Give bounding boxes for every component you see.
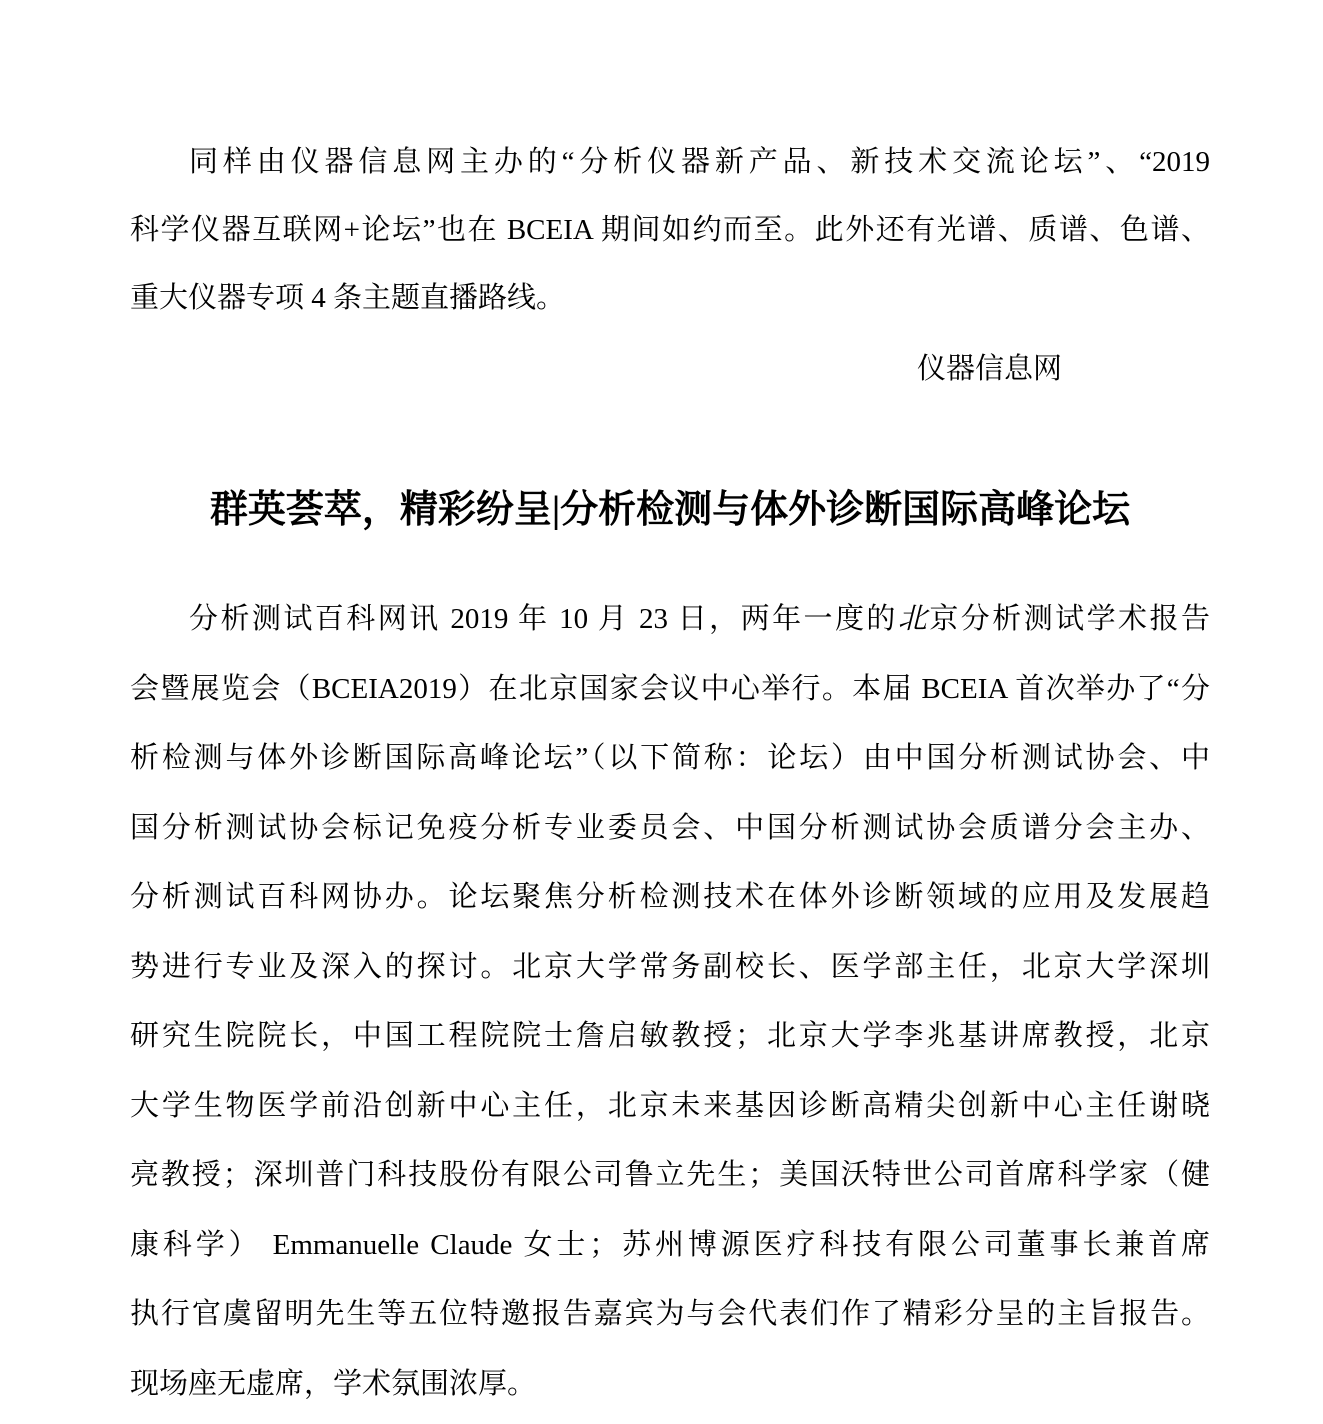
text-segment: 分析测试百科网讯 2019 年 10 月 23 日，两年一度的 [189,603,898,635]
text-segment: 会暨展览会（BCEIA2019）在北京国家会议中心举行。本届 BCEIA 首次举… [130,673,1210,705]
text-segment: 大学生物医学前沿创新中心主任，北京未来基因诊断高精尖创新中心主任谢晓 [130,1090,1210,1122]
text-segment: 国分析测试协会标记免疫分析专业委员会、中国分析测试协会质谱分会主办、 [130,812,1210,844]
text-segment: 重大仪器专项 4 条主题直播路线。 [130,282,565,314]
text-line: 会暨展览会（BCEIA2019）在北京国家会议中心举行。本届 BCEIA 首次举… [130,655,1210,725]
text-line: 现场座无虚席，学术氛围浓厚。 [130,1350,1210,1420]
text-line: 重大仪器专项 4 条主题直播路线。 [130,264,1210,332]
text-segment: 京分析测试学术报告 [929,603,1210,635]
italic-text-segment: 北 [898,603,929,635]
text-line: 分析测试百科网讯 2019 年 10 月 23 日，两年一度的北京分析测试学术报… [130,585,1210,655]
text-segment: 现场座无虚席，学术氛围浓厚。 [130,1368,536,1400]
text-segment: 执行官虞留明先生等五位特邀报告嘉宾为与会代表们作了精彩分呈的主旨报告。 [130,1298,1210,1330]
text-segment: 研究生院院长，中国工程院院士詹启敏教授；北京大学李兆基讲席教授，北京 [130,1020,1210,1052]
text-line: 国分析测试协会标记免疫分析专业委员会、中国分析测试协会质谱分会主办、 [130,794,1210,864]
text-line: 康科学） Emmanuelle Claude 女士；苏州博源医疗科技有限公司董事… [130,1211,1210,1281]
text-segment: 同样由仪器信息网主办的“分析仪器新产品、新技术交流论坛”、“2019 [189,146,1210,178]
document-page: 同样由仪器信息网主办的“分析仪器新产品、新技术交流论坛”、“2019科学仪器互联… [130,128,1210,1419]
text-segment: 分析测试百科网协办。论坛聚焦分析检测技术在体外诊断领域的应用及发展趋 [130,881,1210,913]
text-line: 势进行专业及深入的探讨。北京大学常务副校长、医学部主任，北京大学深圳 [130,933,1210,1003]
text-line: 析检测与体外诊断国际高峰论坛”（以下简称：论坛）由中国分析测试协会、中 [130,724,1210,794]
text-segment: 科学仪器互联网+论坛”也在 BCEIA 期间如约而至。此外还有光谱、质谱、色谱、 [130,214,1210,246]
paragraph-forum-report: 分析测试百科网讯 2019 年 10 月 23 日，两年一度的北京分析测试学术报… [130,585,1210,1419]
text-line: 亮教授；深圳普门科技股份有限公司鲁立先生；美国沃特世公司首席科学家（健 [130,1141,1210,1211]
text-line: 研究生院院长，中国工程院院士詹启敏教授；北京大学李兆基讲席教授，北京 [130,1002,1210,1072]
signature-line: 仪器信息网 [130,335,1210,403]
text-line: 执行官虞留明先生等五位特邀报告嘉宾为与会代表们作了精彩分呈的主旨报告。 [130,1280,1210,1350]
text-segment: 亮教授；深圳普门科技股份有限公司鲁立先生；美国沃特世公司首席科学家（健 [130,1159,1210,1191]
text-segment: 析检测与体外诊断国际高峰论坛”（以下简称：论坛）由中国分析测试协会、中 [130,742,1210,774]
text-line: 科学仪器互联网+论坛”也在 BCEIA 期间如约而至。此外还有光谱、质谱、色谱、 [130,196,1210,264]
text-segment: 势进行专业及深入的探讨。北京大学常务副校长、医学部主任，北京大学深圳 [130,951,1210,983]
text-line: 分析测试百科网协办。论坛聚焦分析检测技术在体外诊断领域的应用及发展趋 [130,863,1210,933]
text-line: 同样由仪器信息网主办的“分析仪器新产品、新技术交流论坛”、“2019 [130,128,1210,196]
text-line: 大学生物医学前沿创新中心主任，北京未来基因诊断高精尖创新中心主任谢晓 [130,1072,1210,1142]
paragraph-instrument-forums: 同样由仪器信息网主办的“分析仪器新产品、新技术交流论坛”、“2019科学仪器互联… [130,128,1210,332]
article-heading: 群英荟萃，精彩纷呈|分析检测与体外诊断国际高峰论坛 [130,483,1210,537]
text-segment: 康科学） Emmanuelle Claude 女士；苏州博源医疗科技有限公司董事… [130,1229,1210,1261]
